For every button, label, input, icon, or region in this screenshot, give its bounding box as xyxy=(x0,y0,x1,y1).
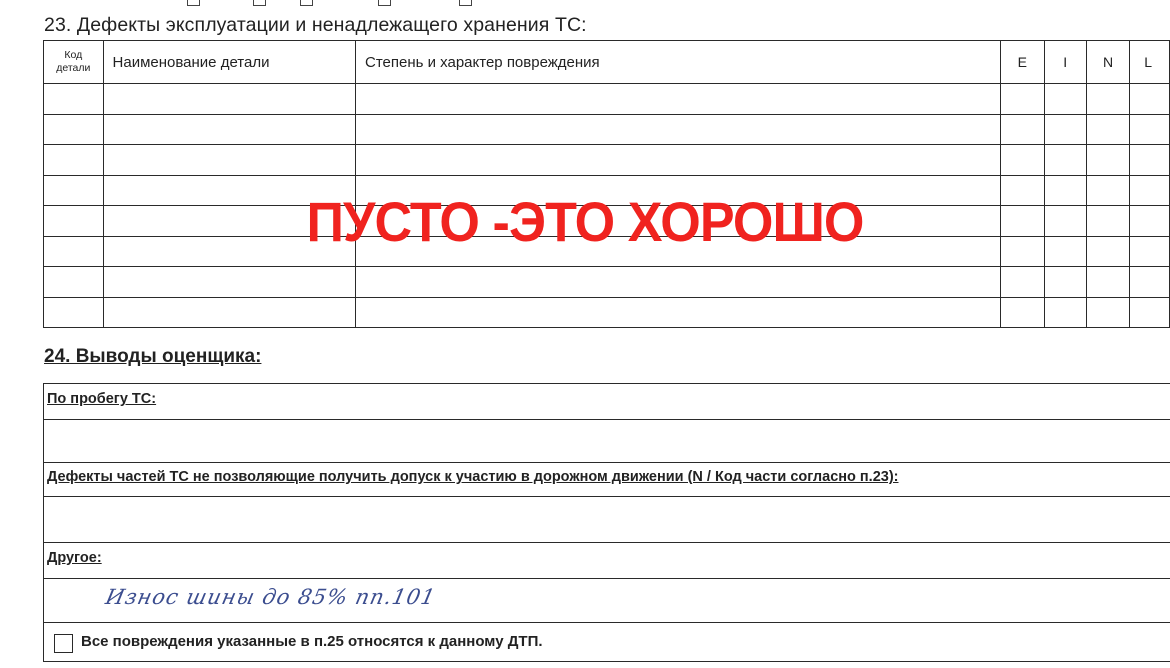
table-header-row: Код детали Наименование детали Степень и… xyxy=(44,41,1170,84)
cell-n[interactable] xyxy=(1086,145,1129,176)
code-header-line1: Код xyxy=(64,49,82,61)
mileage-label: По пробегу ТС: xyxy=(47,391,156,407)
mileage-label-row: По пробегу ТС: xyxy=(44,383,1170,419)
all-damage-checkbox-label: Все повреждения указанные в п.25 относят… xyxy=(81,633,543,650)
top-checkbox-strip xyxy=(0,0,1170,10)
column-header-code: Код детали xyxy=(44,41,104,84)
cell-l[interactable] xyxy=(1130,297,1170,328)
section-23-title: 23. Дефекты эксплуатации и ненадлежащего… xyxy=(44,14,587,37)
cell-name[interactable] xyxy=(103,297,355,328)
cell-n[interactable] xyxy=(1086,297,1129,328)
cell-e[interactable] xyxy=(1001,267,1044,298)
cell-n[interactable] xyxy=(1086,267,1129,298)
code-header-line2: детали xyxy=(56,62,90,74)
defects-label-row: Дефекты частей ТС не позволяющие получит… xyxy=(44,462,1170,496)
table-row xyxy=(44,114,1170,145)
cell-l[interactable] xyxy=(1130,236,1170,267)
top-checkbox[interactable] xyxy=(459,0,472,6)
column-header-name: Наименование детали xyxy=(103,41,355,84)
cell-name[interactable] xyxy=(103,145,355,176)
column-header-damage: Степень и характер повреждения xyxy=(356,41,1001,84)
defects-field[interactable] xyxy=(44,496,1170,542)
column-header-e: E xyxy=(1001,41,1044,84)
defects-table: Код детали Наименование детали Степень и… xyxy=(43,40,1170,328)
cell-damage[interactable] xyxy=(356,297,1001,328)
cell-name[interactable] xyxy=(103,114,355,145)
cell-n[interactable] xyxy=(1086,84,1129,115)
cell-code[interactable] xyxy=(44,114,104,145)
top-checkbox[interactable] xyxy=(253,0,266,6)
cell-code[interactable] xyxy=(44,145,104,176)
cell-l[interactable] xyxy=(1130,145,1170,176)
cell-l[interactable] xyxy=(1130,267,1170,298)
cell-name[interactable] xyxy=(103,267,355,298)
cell-i[interactable] xyxy=(1044,114,1086,145)
cell-code[interactable] xyxy=(44,84,104,115)
other-handwritten-value: Износ шины до 85% пп.101 xyxy=(103,585,438,609)
cell-damage[interactable] xyxy=(356,84,1001,115)
column-header-n: N xyxy=(1086,41,1129,84)
overlay-stamp-text: ПУСТО -ЭТО ХОРОШО xyxy=(41,192,1129,252)
cell-e[interactable] xyxy=(1001,84,1044,115)
other-label-row: Другое: xyxy=(44,542,1170,578)
appraiser-conclusions-box: По пробегу ТС: Дефекты частей ТС не позв… xyxy=(43,383,1170,662)
cell-code[interactable] xyxy=(44,267,104,298)
other-label: Другое: xyxy=(47,550,102,566)
cell-l[interactable] xyxy=(1130,206,1170,237)
all-damage-checkbox[interactable] xyxy=(54,634,73,653)
top-checkbox[interactable] xyxy=(187,0,200,6)
cell-n[interactable] xyxy=(1086,114,1129,145)
all-damage-checkbox-row: Все повреждения указанные в п.25 относят… xyxy=(44,622,1170,662)
table-row xyxy=(44,267,1170,298)
top-checkbox[interactable] xyxy=(378,0,391,6)
table-row xyxy=(44,84,1170,115)
cell-code[interactable] xyxy=(44,297,104,328)
cell-name[interactable] xyxy=(103,84,355,115)
cell-i[interactable] xyxy=(1044,297,1086,328)
top-checkbox[interactable] xyxy=(300,0,313,6)
cell-i[interactable] xyxy=(1044,145,1086,176)
column-header-l: L xyxy=(1130,41,1170,84)
cell-l[interactable] xyxy=(1130,84,1170,115)
cell-i[interactable] xyxy=(1044,267,1086,298)
cell-damage[interactable] xyxy=(356,145,1001,176)
cell-e[interactable] xyxy=(1001,145,1044,176)
mileage-field[interactable] xyxy=(44,419,1170,462)
section-24-title: 24. Выводы оценщика: xyxy=(44,346,261,368)
cell-i[interactable] xyxy=(1044,84,1086,115)
cell-l[interactable] xyxy=(1130,175,1170,206)
cell-l[interactable] xyxy=(1130,114,1170,145)
cell-e[interactable] xyxy=(1001,297,1044,328)
table-row xyxy=(44,145,1170,176)
defects-label: Дефекты частей ТС не позволяющие получит… xyxy=(47,469,899,485)
cell-e[interactable] xyxy=(1001,114,1044,145)
column-header-i: I xyxy=(1044,41,1086,84)
cell-damage[interactable] xyxy=(356,267,1001,298)
cell-damage[interactable] xyxy=(356,114,1001,145)
other-field[interactable]: Износ шины до 85% пп.101 xyxy=(44,578,1170,622)
table-row xyxy=(44,297,1170,328)
